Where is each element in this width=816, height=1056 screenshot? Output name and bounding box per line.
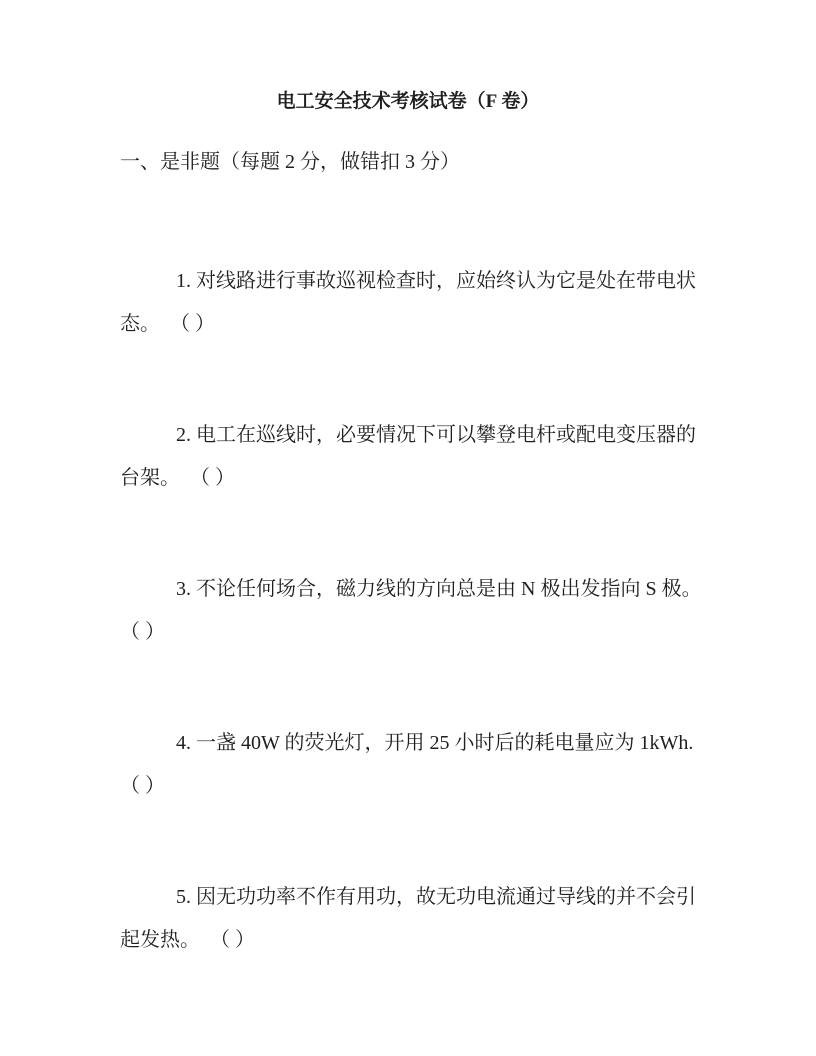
exam-paper-page: 电工安全技术考核试卷（F 卷） 一、是非题（每题 2 分，做错扣 3 分） 1.… [0,0,816,1056]
question-1: 1. 对线路进行事故巡视检查时，应始终认为它是处在带电状态。 （ ） [120,260,712,346]
question-4: 4. 一盏 40W 的荧光灯，开用 25 小时后的耗电量应为 1kWh. （ ） [120,722,712,808]
question-3: 3. 不论任何场合，磁力线的方向总是由 N 极出发指向 S 极。 （ ） [120,568,712,654]
question-2: 2. 电工在巡线时，必要情况下可以攀登电杆或配电变压器的台架。 （ ） [120,414,712,500]
section-heading-true-false: 一、是非题（每题 2 分，做错扣 3 分） [120,148,696,176]
question-5: 5. 因无功功率不作有用功，故无功电流通过导线的并不会引起发热。 （ ） [120,876,712,962]
document-title: 电工安全技术考核试卷（F 卷） [120,88,696,116]
